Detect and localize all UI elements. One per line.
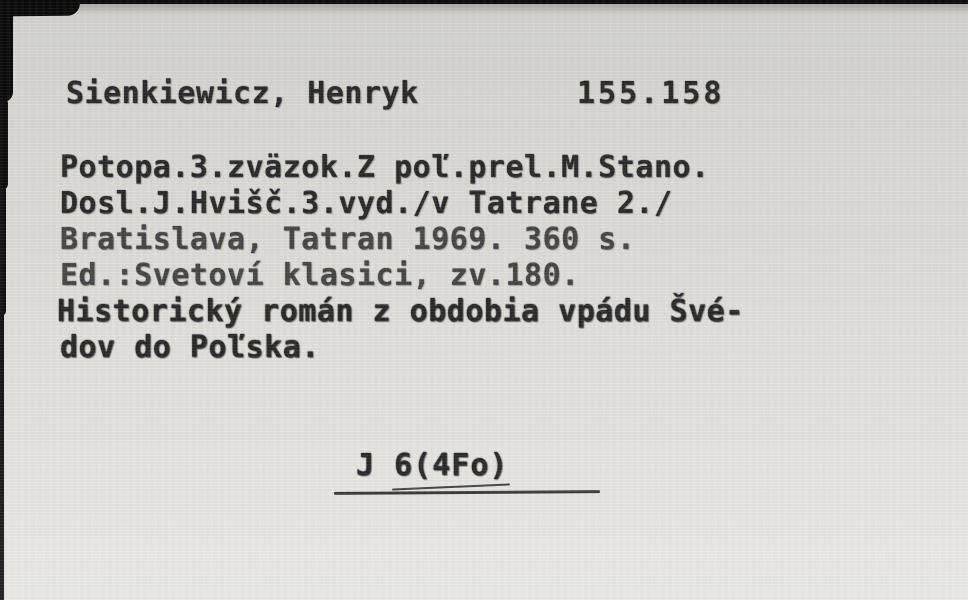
scan-left-blob [0, 0, 13, 102]
body-line-imprint: Bratislava, Tatran 1969. 360 s. [60, 222, 635, 257]
classification-number: 155.158 [577, 76, 724, 111]
catalog-card-scan: Sienkiewicz, Henryk 155.158 Potopa.3.zvä… [0, 0, 968, 600]
call-number-underline [334, 490, 600, 495]
call-number: J 6(4Fo) [356, 448, 509, 483]
body-line-edition: Dosl.J.Hvišč.3.vyd./v Tatrane 2./ [60, 186, 673, 221]
body-line-title: Potopa.3.zväzok.Z poľ.prel.M.Stano. [60, 150, 710, 185]
call-number-underline-stroke [392, 483, 510, 490]
scan-left-blob [0, 98, 8, 190]
author-heading: Sienkiewicz, Henryk [66, 76, 419, 111]
body-line-annotation-2: dov do Poľska. [60, 330, 320, 365]
body-line-series: Ed.:Svetoví klasici, zv.180. [60, 258, 580, 293]
scan-left-blob [0, 186, 6, 316]
body-line-annotation-1: Historický román z obdobia vpádu Švé- [57, 294, 744, 329]
scan-top-edge-shadow [0, 4, 968, 14]
